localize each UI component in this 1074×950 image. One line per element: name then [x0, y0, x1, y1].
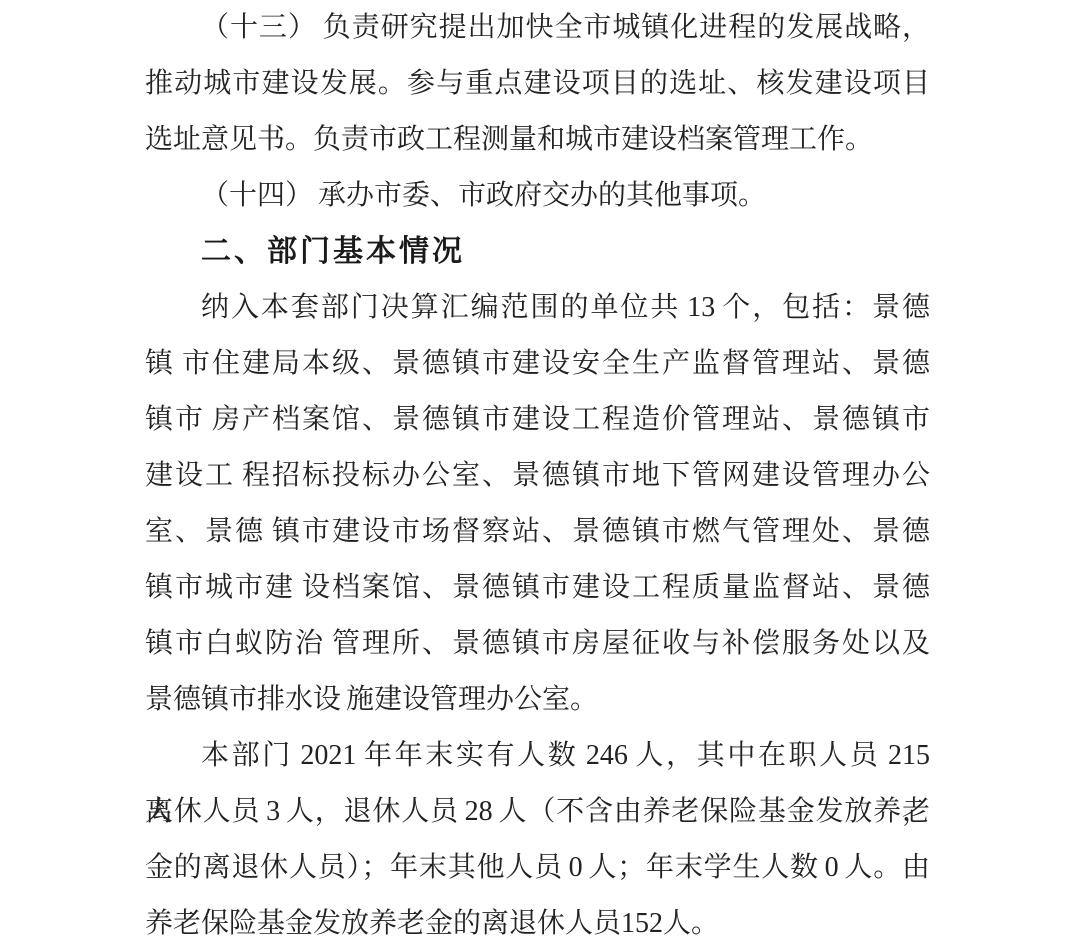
text-line: （十三） 负责研究提出加快全市城镇化进程的发展战略，: [145, 0, 930, 56]
text-line: 建设工 程招标投标办公室、景德镇市地下管网建设管理办公: [145, 448, 930, 504]
section-heading: 二、部门基本情况: [145, 224, 930, 280]
text-line: 选址意见书。负责市政工程测量和城市建设档案管理工作。: [145, 112, 930, 168]
text-line: 镇市 房产档案馆、景德镇市建设工程造价管理站、景德镇市: [145, 392, 930, 448]
text-line: 镇 市住建局本级、景德镇市建设安全生产监督管理站、景德: [145, 336, 930, 392]
text-line: 镇市白蚁防治 管理所、景德镇市房屋征收与补偿服务处以及: [145, 616, 930, 672]
text-line: 推动城市建设发展。参与重点建设项目的选址、核发建设项目: [145, 56, 930, 112]
document-page: （十三） 负责研究提出加快全市城镇化进程的发展战略， 推动城市建设发展。参与重点…: [145, 0, 930, 950]
text-line: 离休人员 3 人，退休人员 28 人（不含由养老保险基金发放养老: [145, 784, 930, 840]
text-line: 镇市城市建 设档案馆、景德镇市建设工程质量监督站、景德: [145, 560, 930, 616]
text-line: 金的离退休人员）；年末其他人员 0 人；年末学生人数 0 人。由: [145, 840, 930, 896]
text-line: （十四） 承办市委、市政府交办的其他事项。: [145, 168, 930, 224]
text-line: 纳入本套部门决算汇编范围的单位共 13 个，包括：景德: [145, 280, 930, 336]
text-line: 养老保险基金发放养老金的离退休人员152人。: [145, 896, 930, 950]
text-line: 本部门 2021 年年末实有人数 246 人，其中在职人员 215 人，: [145, 728, 930, 784]
text-line: 景德镇市排水设 施建设管理办公室。: [145, 672, 930, 728]
text-line: 室、景德 镇市建设市场督察站、景德镇市燃气管理处、景德: [145, 504, 930, 560]
